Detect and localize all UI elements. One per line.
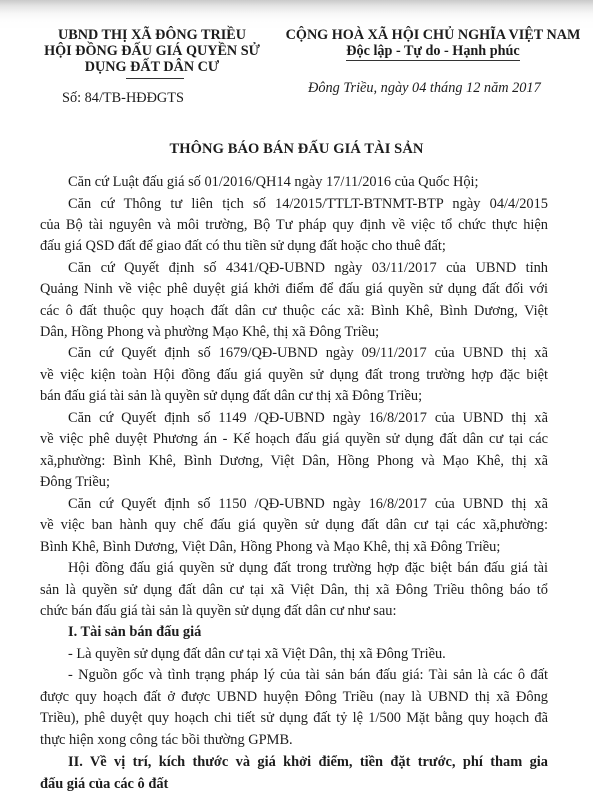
body-line: chức bán đấu giá tài sản là quyền sử dụn…: [40, 602, 397, 620]
authority-line-3: DỤNG ĐẤT DÂN CƯ: [22, 59, 282, 75]
body-line: về việc ban hành quy chế đấu giá quyền s…: [40, 516, 548, 534]
section-heading-2: II. Về vị trí, kích thước và giá khởi đi…: [68, 753, 548, 771]
national-motto: Độc lập - Tự do - Hạnh phúc: [346, 43, 519, 61]
body-line: Căn cứ Quyết định số 1679/QĐ-UBND ngày 0…: [68, 344, 548, 362]
section-heading-2-cont: đấu giá của các ô đất: [40, 775, 168, 793]
body-line: Căn cứ Quyết định số 4341/QĐ-UBND ngày 0…: [68, 259, 548, 277]
body-line: - Nguồn gốc và tình trạng pháp lý của tà…: [68, 666, 548, 684]
body-line: bán đấu giá tài sản là quyền sử dụng đất…: [40, 387, 422, 405]
body-line: xã,phường: Bình Khê, Bình Dương, Việt Dâ…: [40, 452, 548, 470]
body-line: được quy hoạch đất ở được UBND huyện Đôn…: [40, 688, 548, 706]
authority-underline: [126, 78, 184, 79]
document-number: Số: 84/TB-HĐĐGTS: [62, 90, 184, 107]
body-line: Căn cứ Luật đấu giá số 01/2016/QH14 ngày…: [68, 173, 479, 191]
body-line: thực hiện xong công tác bồi thường GPMB.: [40, 731, 293, 749]
place-date: Đông Triều, ngày 04 tháng 12 năm 2017: [308, 80, 541, 97]
section-heading-1: I. Tài sản bán đấu giá: [68, 623, 201, 641]
document-page: UBND THỊ XÃ ĐÔNG TRIỀU HỘI ĐỒNG ĐẤU GIÁ …: [0, 0, 593, 808]
body-line: Hội đồng đấu giá quyền sử dụng đất trong…: [68, 559, 548, 577]
body-line: Triều), phê duyệt quy hoạch chi tiết sử …: [40, 709, 548, 727]
body-line: Bình Khê, Bình Dương, Việt Dân, Hồng Pho…: [40, 538, 500, 556]
body-line: của Bộ tài nguyên và môi trường, Bộ Tư p…: [40, 216, 548, 234]
issuing-authority-block: UBND THỊ XÃ ĐÔNG TRIỀU HỘI ĐỒNG ĐẤU GIÁ …: [22, 27, 282, 79]
body-line: sản là quyền sử dụng đất dân cư tại xã V…: [40, 581, 548, 599]
authority-line-1: UBND THỊ XÃ ĐÔNG TRIỀU: [22, 27, 282, 43]
national-header-block: CỘNG HOÀ XÃ HỘI CHỦ NGHĨA VIỆT NAM Độc l…: [283, 27, 583, 61]
body-line: Quảng Ninh về việc phê duyệt giá khởi đi…: [40, 280, 548, 298]
body-line: Căn cứ Quyết định số 1149 /QĐ-UBND ngày …: [68, 409, 548, 427]
body-line: Dân, Hồng Phong và phường Mạo Khê, thị x…: [40, 323, 379, 341]
body-line: Căn cứ Thông tư liên tịch số 14/2015/TTL…: [68, 195, 548, 213]
body-line: đấu giá QSD đất để giao đất có thu tiền …: [40, 237, 446, 255]
body-line: về việc phê duyệt Phương án - Kế hoạch đ…: [40, 430, 548, 448]
body-line: về việc kiện toàn Hội đồng đấu giá quyền…: [40, 366, 548, 384]
body-line: Căn cứ Quyết định số 1150 /QĐ-UBND ngày …: [68, 495, 548, 513]
document-title: THÔNG BÁO BÁN ĐẤU GIÁ TÀI SẢN: [0, 141, 593, 158]
body-line: các ô đất thuộc quy hoạch đất dân cư thu…: [40, 302, 548, 320]
country-name: CỘNG HOÀ XÃ HỘI CHỦ NGHĨA VIỆT NAM: [283, 27, 583, 43]
body-line: Đông Triều;: [40, 473, 110, 491]
authority-line-2: HỘI ĐỒNG ĐẤU GIÁ QUYỀN SỬ: [22, 43, 282, 59]
body-line: - Là quyền sử dụng đất dân cư tại xã Việ…: [68, 645, 446, 663]
